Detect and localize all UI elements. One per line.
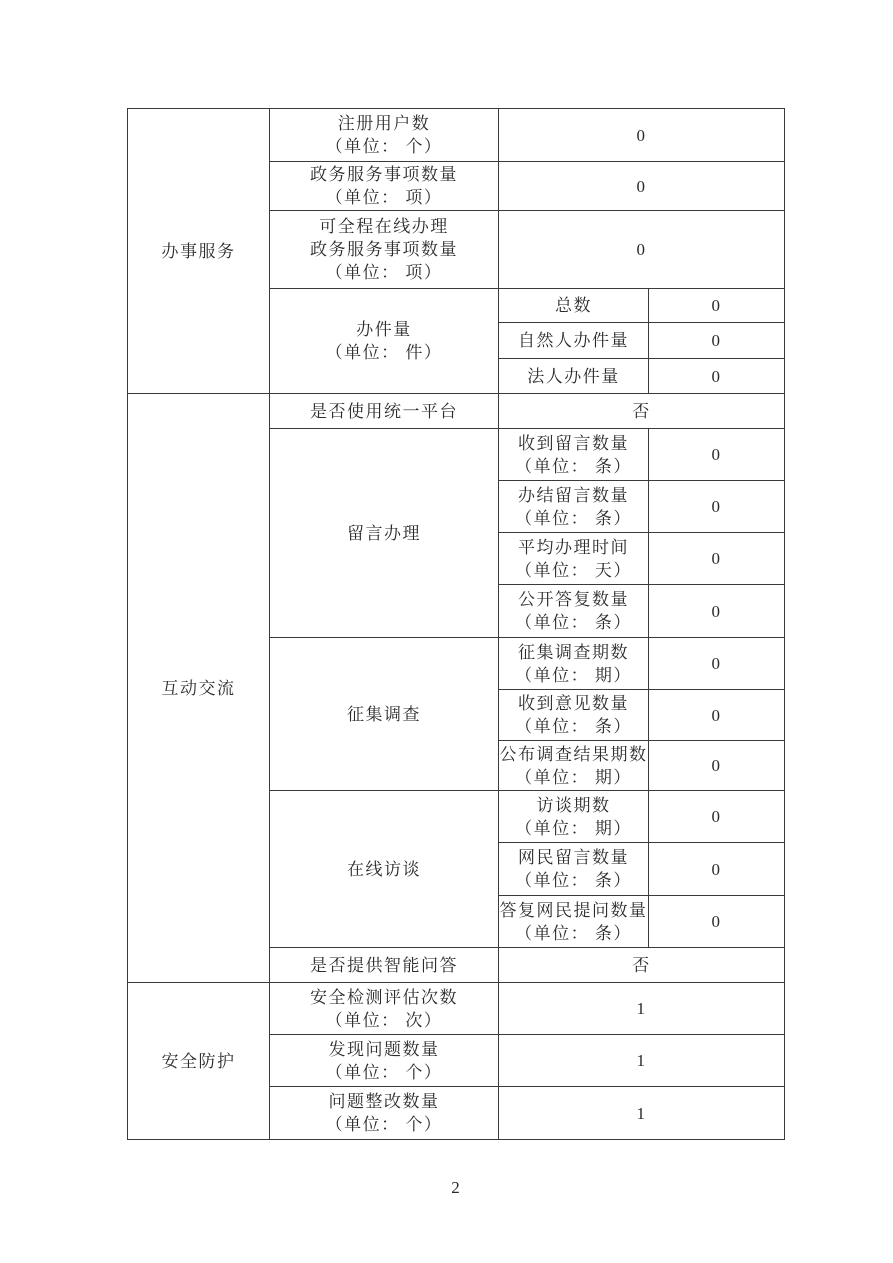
value-assessments: 1 [499, 983, 785, 1035]
item-name: 注册用户数 [270, 112, 498, 135]
group-cell-interviews: 在线访谈 [270, 791, 499, 948]
value-online-items: 0 [499, 211, 785, 289]
table-row: 互动交流 是否使用统一平台 否 [128, 394, 785, 429]
item-name: 访谈期数 [499, 794, 648, 817]
item-unit: （单位： 条） [499, 715, 648, 738]
item-name: 公布调查结果期数 [499, 743, 648, 766]
item-name: 发现问题数量 [270, 1038, 498, 1061]
item-cell-smart-qa: 是否提供智能问答 [270, 948, 499, 983]
section-label-interaction: 互动交流 [128, 394, 270, 983]
subitem-cell-messages-public-replies: 公开答复数量 （单位： 条） [499, 585, 649, 638]
item-name-line2: 政务服务事项数量 [270, 238, 498, 261]
item-unit: （单位： 条） [499, 455, 648, 478]
item-unit: （单位： 天） [499, 559, 648, 582]
item-name: 答复网民提问数量 [499, 899, 648, 922]
item-unit: （单位： 个） [270, 1113, 498, 1136]
subitem-cell-cases-legal: 法人办件量 [499, 359, 649, 394]
subitem-cell-surveys-results: 公布调查结果期数 （单位： 期） [499, 741, 649, 791]
item-cell-problems-fixed: 问题整改数量 （单位： 个） [270, 1087, 499, 1140]
item-cell-registered-users: 注册用户数 （单位： 个） [270, 109, 499, 162]
value-cases-natural: 0 [649, 323, 785, 359]
item-name: 网民留言数量 [499, 846, 648, 869]
value-surveys-periods: 0 [649, 638, 785, 690]
item-name: 征集调查期数 [499, 641, 648, 664]
item-name: 问题整改数量 [270, 1090, 498, 1113]
item-name: 公开答复数量 [499, 588, 648, 611]
subitem-cell-interviews-netizen-messages: 网民留言数量 （单位： 条） [499, 843, 649, 896]
item-name: 政务服务事项数量 [270, 163, 498, 186]
item-cell-problems-found: 发现问题数量 （单位： 个） [270, 1035, 499, 1087]
value-messages-public-replies: 0 [649, 585, 785, 638]
item-unit: （单位： 个） [270, 135, 498, 158]
group-cell-surveys: 征集调查 [270, 638, 499, 791]
subitem-cell-messages-received: 收到留言数量 （单位： 条） [499, 429, 649, 481]
group-unit: （单位： 件） [270, 341, 498, 364]
item-unit: （单位： 项） [270, 261, 498, 284]
subitem-cell-cases-natural: 自然人办件量 [499, 323, 649, 359]
item-unit: （单位： 条） [499, 611, 648, 634]
value-interviews-periods: 0 [649, 791, 785, 843]
table-row: 办事服务 注册用户数 （单位： 个） 0 [128, 109, 785, 162]
value-interviews-netizen-messages: 0 [649, 843, 785, 896]
value-interviews-replies: 0 [649, 896, 785, 948]
item-unit: （单位： 期） [499, 817, 648, 840]
value-service-items: 0 [499, 162, 785, 211]
annual-report-table: 办事服务 注册用户数 （单位： 个） 0 政务服务事项数量 （单位： 项） 0 … [127, 108, 785, 1140]
page-number: 2 [127, 1176, 784, 1199]
item-name: 收到留言数量 [499, 432, 648, 455]
group-cell-cases: 办件量 （单位： 件） [270, 289, 499, 394]
subitem-cell-interviews-replies: 答复网民提问数量 （单位： 条） [499, 896, 649, 948]
item-cell-assessments: 安全检测评估次数 （单位： 次） [270, 983, 499, 1035]
subitem-cell-messages-avg-time: 平均办理时间 （单位： 天） [499, 533, 649, 585]
value-cases-total: 0 [649, 289, 785, 323]
section-label-service: 办事服务 [128, 109, 270, 394]
subitem-cell-cases-total: 总数 [499, 289, 649, 323]
item-unit: （单位： 条） [499, 869, 648, 892]
item-unit: （单位： 期） [499, 766, 648, 789]
item-unit: （单位： 次） [270, 1009, 498, 1032]
value-surveys-opinions: 0 [649, 690, 785, 741]
item-unit: （单位： 条） [499, 922, 648, 945]
item-unit: （单位： 个） [270, 1061, 498, 1084]
value-problems-fixed: 1 [499, 1087, 785, 1140]
item-name: 安全检测评估次数 [270, 986, 498, 1009]
section-label-security: 安全防护 [128, 983, 270, 1140]
group-cell-messages: 留言办理 [270, 429, 499, 638]
value-messages-received: 0 [649, 429, 785, 481]
item-unit: （单位： 条） [499, 507, 648, 530]
subitem-cell-surveys-opinions: 收到意见数量 （单位： 条） [499, 690, 649, 741]
value-messages-avg-time: 0 [649, 533, 785, 585]
table-row: 安全防护 安全检测评估次数 （单位： 次） 1 [128, 983, 785, 1035]
item-cell-service-items: 政务服务事项数量 （单位： 项） [270, 162, 499, 211]
item-cell-online-items: 可全程在线办理 政务服务事项数量 （单位： 项） [270, 211, 499, 289]
value-unified-platform: 否 [499, 394, 785, 429]
value-cases-legal: 0 [649, 359, 785, 394]
value-registered-users: 0 [499, 109, 785, 162]
subitem-cell-surveys-periods: 征集调查期数 （单位： 期） [499, 638, 649, 690]
value-messages-completed: 0 [649, 481, 785, 533]
item-unit: （单位： 项） [270, 186, 498, 209]
value-surveys-results: 0 [649, 741, 785, 791]
subitem-cell-messages-completed: 办结留言数量 （单位： 条） [499, 481, 649, 533]
value-problems-found: 1 [499, 1035, 785, 1087]
group-name: 办件量 [270, 318, 498, 341]
item-name: 收到意见数量 [499, 692, 648, 715]
item-unit: （单位： 期） [499, 664, 648, 687]
item-name-line1: 可全程在线办理 [270, 215, 498, 238]
value-smart-qa: 否 [499, 948, 785, 983]
item-name: 办结留言数量 [499, 484, 648, 507]
item-cell-unified-platform: 是否使用统一平台 [270, 394, 499, 429]
subitem-cell-interviews-periods: 访谈期数 （单位： 期） [499, 791, 649, 843]
item-name: 平均办理时间 [499, 536, 648, 559]
